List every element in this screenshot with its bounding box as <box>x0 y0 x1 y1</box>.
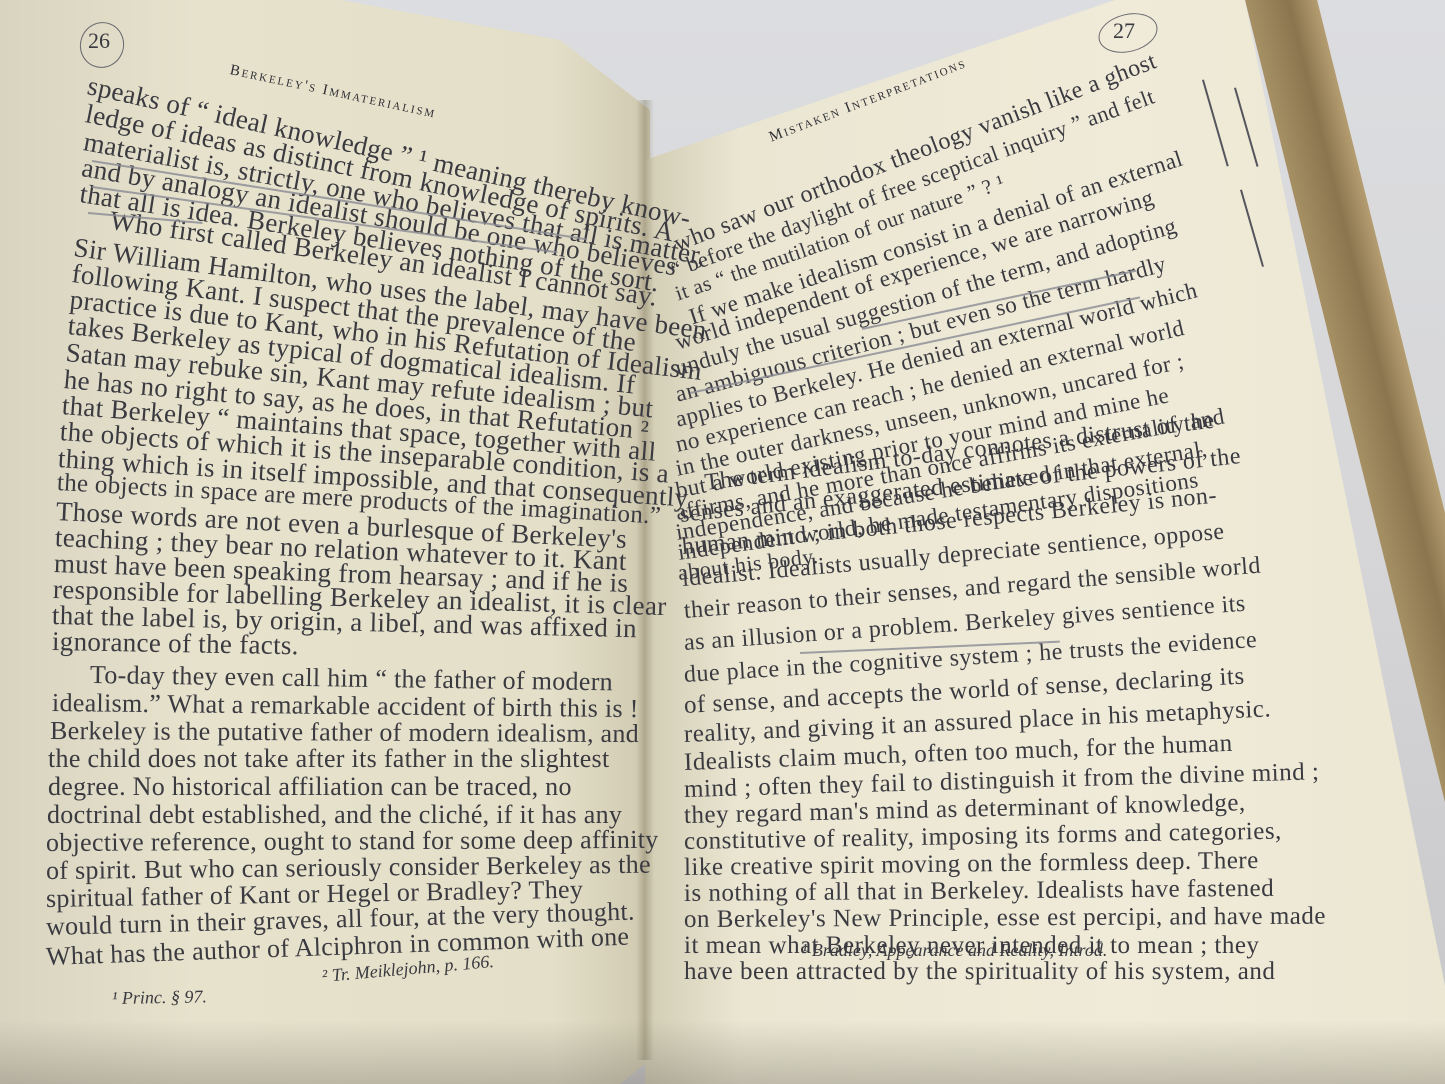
text-line: have been attracted by the spirituality … <box>684 958 1275 986</box>
footnote-left-1: ¹ Princ. § 97. <box>112 986 207 1009</box>
page-number-left: 26 <box>88 28 110 54</box>
page-number-right: 27 <box>1113 18 1135 44</box>
text-line: ignorance of the facts. <box>52 626 299 661</box>
bottom-shadow <box>0 1020 1445 1084</box>
text-line: the child does not take after its father… <box>48 744 610 774</box>
text-line: degree. No historical affiliation can be… <box>48 772 572 802</box>
text-line: on Berkeley's New Principle, esse est pe… <box>684 903 1326 934</box>
footnote-right-1: ¹ Bradley, Appearance and Reality, Intro… <box>802 940 1107 961</box>
